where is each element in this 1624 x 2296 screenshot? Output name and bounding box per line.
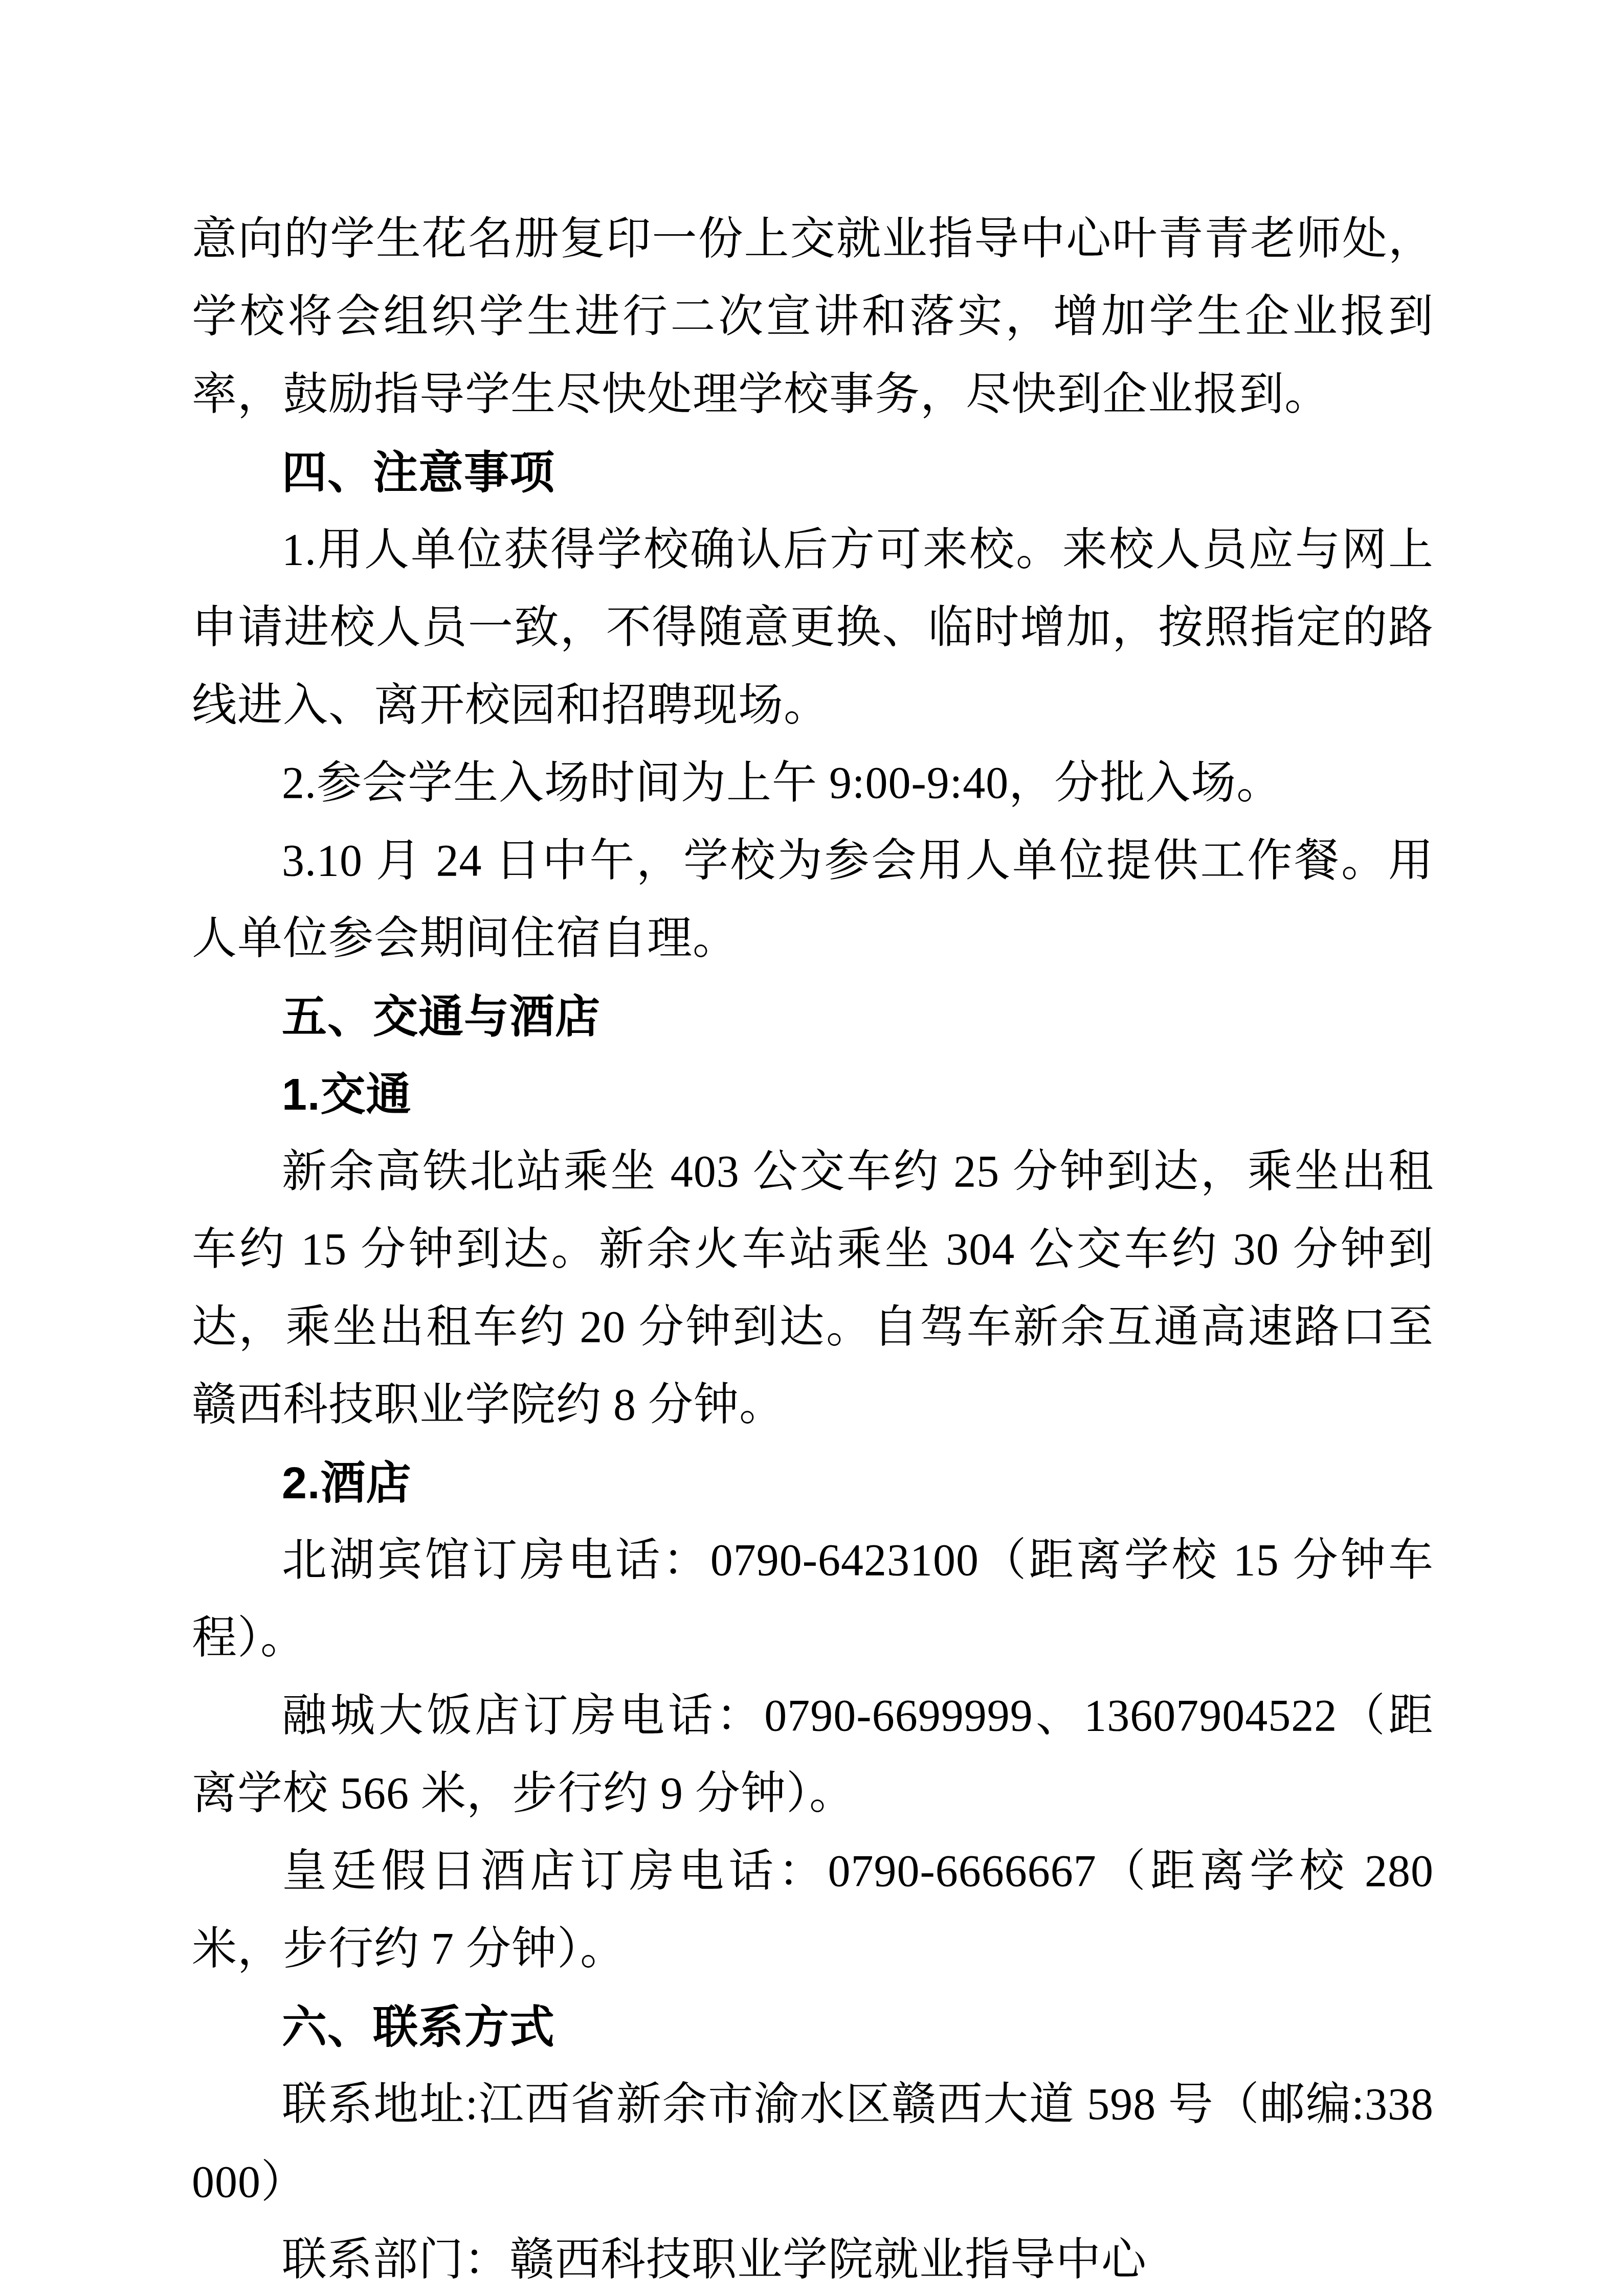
section-heading: 五、交通与酒店 [192,978,1434,1055]
section-heading: 六、联系方式 [192,1988,1434,2066]
document-page: 意向的学生花名册复印一份上交就业指导中心叶青青老师处，学校将会组织学生进行二次宣… [0,0,1624,2296]
paragraph: 3.10 月 24 日中午，学校为参会用人单位提供工作餐。用人单位参会期间住宿自… [192,822,1434,978]
paragraph: 1.用人单位获得学校确认后方可来校。来校人员应与网上申请进校人员一致，不得随意更… [192,511,1434,745]
paragraph: 新余高铁北站乘坐 403 公交车约 25 分钟到达，乘坐出租车约 15 分钟到达… [192,1133,1434,1444]
paragraph: 皇廷假日酒店订房电话：0790-6666667（距离学校 280 米，步行约 7… [192,1833,1434,1988]
paragraph: 融城大饭店订房电话：0790-6699999、13607904522（距离学校 … [192,1677,1434,1833]
paragraph: 意向的学生花名册复印一份上交就业指导中心叶青青老师处，学校将会组织学生进行二次宣… [192,200,1434,434]
paragraph: 联系部门：赣西科技职业学院就业指导中心 [192,2221,1434,2296]
section-heading: 1.交通 [192,1055,1434,1133]
paragraph: 联系地址:江西省新余市渝水区赣西大道 598 号（邮编:338000） [192,2066,1434,2221]
paragraph: 北湖宾馆订房电话：0790-6423100（距离学校 15 分钟车程）。 [192,1522,1434,1677]
document-body: 意向的学生花名册复印一份上交就业指导中心叶青青老师处，学校将会组织学生进行二次宣… [192,200,1434,2296]
section-heading: 四、注意事项 [192,434,1434,511]
section-heading: 2.酒店 [192,1444,1434,1522]
paragraph: 2.参会学生入场时间为上午 9:00-9:40，分批入场。 [192,745,1434,822]
